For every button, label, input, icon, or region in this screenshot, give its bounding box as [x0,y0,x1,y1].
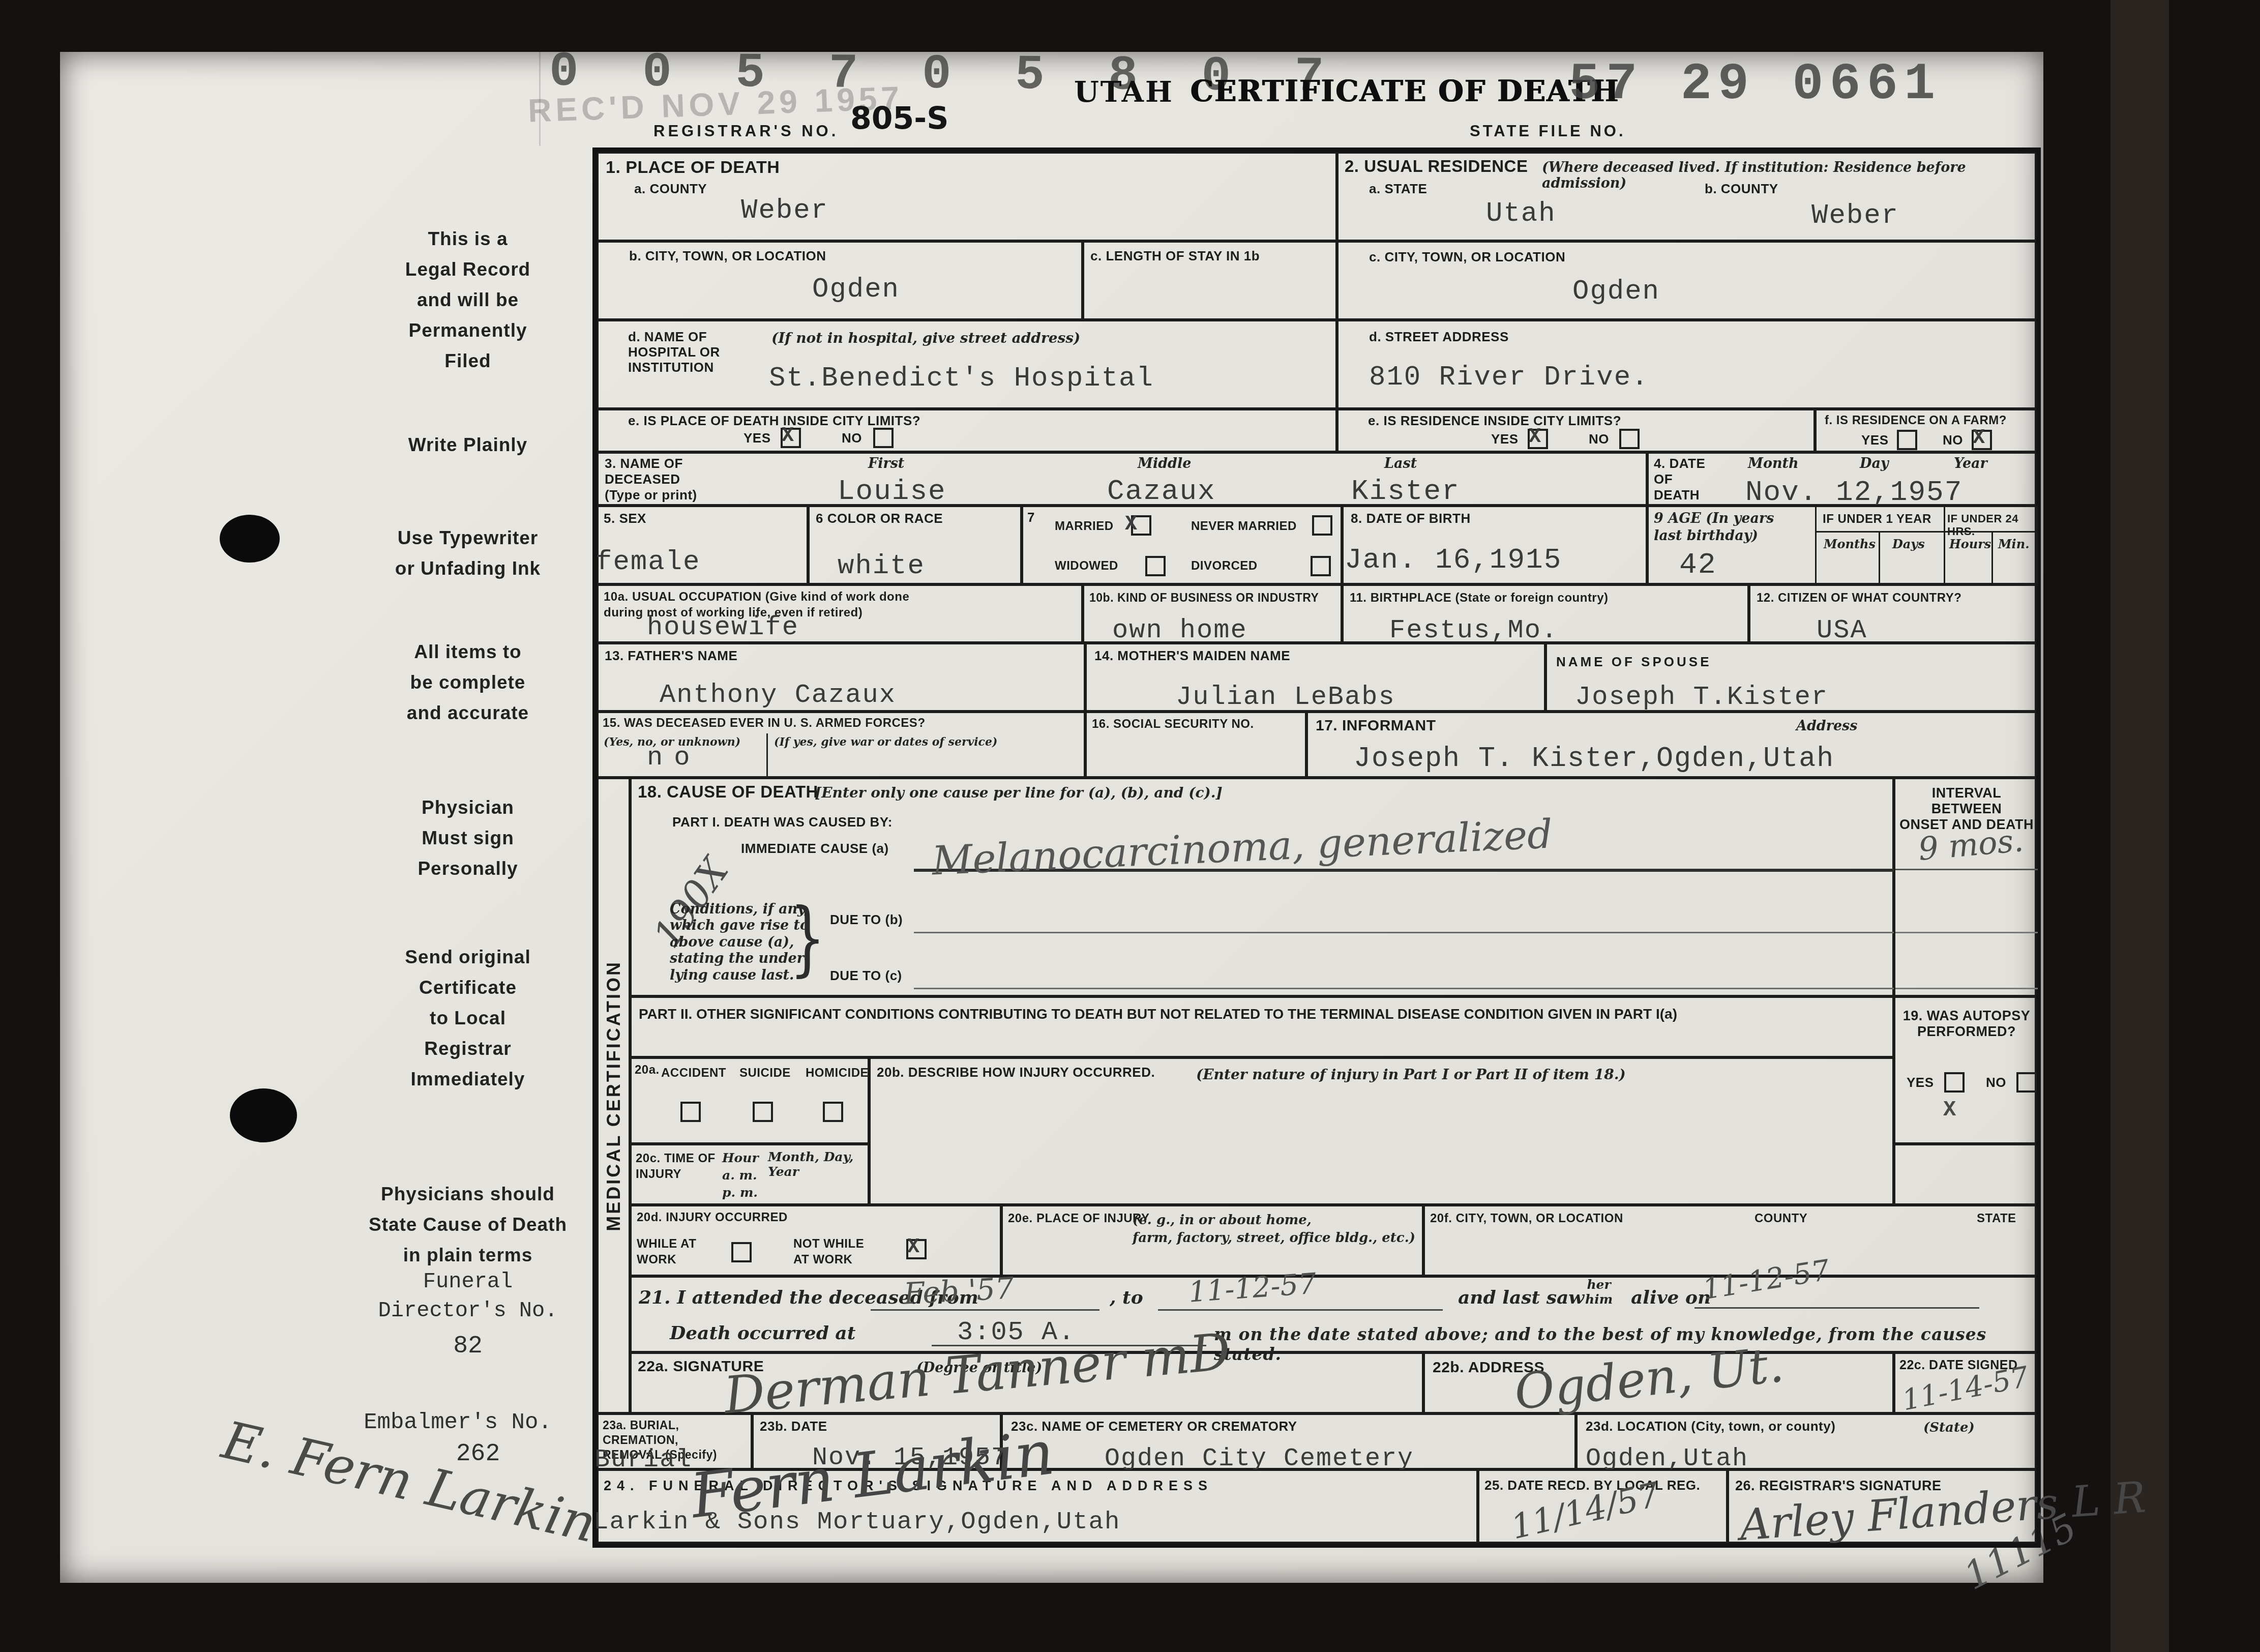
last-saw-label: and last saw [1458,1287,1584,1308]
ssn-label: 16. SOCIAL SECURITY NO. [1092,717,1254,731]
last-name-label: Last [1384,456,1417,471]
accident-label: ACCIDENT [661,1066,726,1080]
cemetery-label: 23c. NAME OF CEMETERY OR CREMATORY [1011,1419,1297,1434]
margin-note-send-original: Send original Certificate to Local Regis… [336,942,600,1095]
informant-label: 17. INFORMANT [1316,717,1436,735]
medical-certification-label: MEDICAL CERTIFICATION [603,960,624,1231]
scan-edge-strip [2110,0,2169,1652]
days-label: Days [1892,537,1925,551]
residence-farm-label: f. IS RESIDENCE ON A FARM? [1825,414,2007,428]
while-at-work-label: WHILE AT WORK [637,1236,696,1267]
field-injury-occurred: 20d. INJURY OCCURRED WHILE AT WORK NOT W… [630,1205,1001,1276]
min-label: Min. [1998,537,2030,551]
first-name-label: First [868,456,904,471]
registrar-no-label: REGISTRAR'S NO. [653,122,839,140]
attended-to-label: , to [1110,1287,1143,1308]
form-title-state: UTAH [1074,75,1174,109]
homicide-checkbox [823,1102,843,1122]
informant-value: Joseph T. Kister,Ogden,Utah [1354,743,1834,775]
no-check-mark: X [1973,427,1985,450]
interval-line-a [1895,869,2038,870]
no-checkbox [1619,429,1640,449]
yes-label: YES [1491,432,1519,447]
fathers-name-label: 13. FATHER'S NAME [605,648,737,664]
field-residence-on-farm: f. IS RESIDENCE ON A FARM? YES NO X [1815,409,2036,452]
field-fathers-name: 13. FATHER'S NAME Anthony Cazaux [597,643,1085,712]
yes-label: YES [1907,1075,1934,1090]
hours-label: Hours [1949,537,1991,551]
usual-residence-title: 2. USUAL RESIDENCE [1345,157,1528,176]
suicide-label: SUICIDE [739,1066,791,1080]
cause-of-death-note: [Enter only one cause per line for (a), … [815,784,1223,801]
state-file-label: STATE FILE NO. [1470,122,1626,140]
field-accident-suicide-homicide: 20a. ACCIDENT SUICIDE HOMICIDE [630,1057,869,1144]
certificate-form: 1. PLACE OF DEATH a. COUNTY Weber 2. USU… [592,147,2041,1548]
residence-state-label: a. STATE [1369,182,1427,197]
fathers-name-value: Anthony Cazaux [660,680,896,710]
injury-occurred-label: 20d. INJURY OCCURRED [637,1211,788,1225]
not-while-mark: X [907,1236,919,1259]
while-at-work-checkbox [731,1242,752,1262]
margin-note-legal-record: This is a Legal Record and will be Perma… [336,224,600,376]
margin-note-all-items: All items to be complete and accurate [336,637,600,728]
length-of-stay-label: c. LENGTH OF STAY IN 1b [1090,249,1260,264]
cause-line-b [914,932,1895,933]
no-checkbox [873,428,894,448]
field-place-of-injury: 20e. PLACE OF INJURY (e. g., in or about… [1001,1205,1423,1276]
field-death-city: b. CITY, TOWN, OR LOCATION Ogden [597,241,1083,320]
interval-line-c [1895,988,2038,989]
armed-forces-note2: (If yes, give war or dates of service) [774,735,997,749]
due-to-c-label: DUE TO (c) [830,968,902,984]
cause-line-c [914,988,1895,989]
injury-city-label: 20f. CITY, TOWN, OR LOCATION [1430,1212,1623,1226]
residence-city-limits-label: e. IS RESIDENCE INSIDE CITY LIMITS? [1368,414,1621,429]
county-value: Weber [741,195,828,226]
place-of-death-title: 1. PLACE OF DEATH [606,158,780,178]
field-date-received: 25. DATE RECD. BY LOCAL REG. 11/14/57 [1478,1469,1728,1543]
homicide-label: HOMICIDE [806,1066,869,1080]
punch-hole-top [220,515,280,563]
margin-note-use-typewriter: Use Typewriter or Unfading Ink [325,523,610,584]
yes-label: YES [744,431,771,446]
business-label: 10b. KIND OF BUSINESS OR INDUSTRY [1089,591,1319,604]
death-city-limits-label: e. IS PLACE OF DEATH INSIDE CITY LIMITS? [628,414,920,429]
from-underline [871,1309,1099,1311]
never-married-label: NEVER MARRIED [1191,519,1297,534]
field-autopsy: 19. WAS AUTOPSY PERFORMED? YES NO X [1894,996,2036,1144]
age-months-cell: Months [1815,531,1880,586]
accident-checkbox [680,1102,701,1122]
field-hospital-name: d. NAME OF HOSPITAL OR INSTITUTION (If n… [597,320,1337,409]
occupation-value: housewife [647,612,799,642]
field-physician-signature: 22a. SIGNATURE (Degree or title) Derman … [630,1352,1423,1413]
field-part2-conditions: PART II. OTHER SIGNIFICANT CONDITIONS CO… [630,996,1894,1057]
months-label: Months [1824,537,1876,551]
yes-check-mark: X [782,425,794,448]
not-while-at-work-label: NOT WHILE AT WORK [793,1236,864,1267]
mothers-name-value: Julian LeBabs [1176,682,1395,712]
field-place-of-death-county: 1. PLACE OF DEATH a. COUNTY Weber [597,152,1337,241]
married-check-mark: X [1125,513,1137,536]
divorced-checkbox [1311,556,1331,576]
punch-hole-bottom [230,1088,297,1142]
burial-location-label: 23d. LOCATION (City, town, or county) [1586,1419,1835,1434]
street-address-value: 810 River Drive. [1369,362,1649,393]
field-describe-injury: 20b. DESCRIBE HOW INJURY OCCURRED. (Ente… [869,1057,1894,1205]
mothers-name-label: 14. MOTHER'S MAIDEN NAME [1094,648,1290,664]
place-of-injury-label: 20e. PLACE OF INJURY [1008,1212,1150,1226]
residence-city-label: c. CITY, TOWN, OR LOCATION [1369,250,1565,265]
burial-location-state-note: (State) [1923,1420,1975,1435]
autopsy-label: 19. WAS AUTOPSY PERFORMED? [1895,1008,2038,1040]
field-date-of-death: 4. DATE OF DEATH Month Day Year Nov. 12,… [1647,452,2036,506]
field-date-of-birth: 8. DATE OF BIRTH Jan. 16,1915 [1342,506,1647,584]
field-residence-city-limits: e. IS RESIDENCE INSIDE CITY LIMITS? YES … [1337,409,1815,452]
field-citizen-of: 12. CITIZEN OF WHAT COUNTRY? USA [1749,584,2036,643]
funeral-director-no-label: Funeral Director's No. [325,1267,610,1325]
field-street-address: d. STREET ADDRESS 810 River Drive. [1337,320,2036,409]
no-label: NO [1943,433,1963,448]
embalmer-no-label: Embalmer's No. [315,1410,600,1435]
field-interval-onset-death: INTERVAL BETWEEN ONSET AND DEATH 9 mos. [1894,778,2036,996]
month-day-year-label: Month, Day, Year [768,1149,868,1179]
married-label: MARRIED [1055,519,1114,534]
widowed-checkbox [1145,556,1166,576]
field-kind-of-business: 10b. KIND OF BUSINESS OR INDUSTRY own ho… [1083,584,1342,643]
autopsy-yes-mark: X [1943,1098,1956,1122]
spouse-value: Joseph T.Kister [1575,682,1828,712]
field-birthplace: 11. BIRTHPLACE (State or foreign country… [1342,584,1749,643]
street-address-label: d. STREET ADDRESS [1369,330,1509,345]
hospital-note: (If not in hospital, give street address… [771,330,1080,346]
citizen-label: 12. CITIZEN OF WHAT COUNTRY? [1757,591,1961,605]
no-checkbox [2016,1072,2037,1093]
sex-label: 5. SEX [604,511,646,526]
conditions-note: Conditions, if any, which gave rise to a… [670,901,810,984]
registrar-no-value: 805-S [850,101,948,136]
field-injury-city: 20f. CITY, TOWN, OR LOCATION COUNTY STAT… [1423,1205,2036,1276]
date-of-death-label: 4. DATE OF DEATH [1654,456,1705,504]
yes-checkbox [1897,430,1917,450]
death-city-value: Ogden [812,274,900,305]
field-cemetery-name: 23c. NAME OF CEMETERY OR CREMATORY Ogden… [1001,1413,1576,1469]
field-residence-city: c. CITY, TOWN, OR LOCATION Ogden [1337,241,2036,320]
age-days-cell: Days [1879,531,1945,586]
year-label: Year [1954,456,1987,471]
field-social-security: 16. SOCIAL SECURITY NO. [1085,712,1306,778]
divorced-label: DIVORCED [1191,559,1258,573]
funeral-director-no-value: 82 [325,1333,610,1360]
field-death-city-limits: e. IS PLACE OF DEATH INSIDE CITY LIMITS?… [597,409,1337,452]
under-1yr-label: IF UNDER 1 YEAR [1823,512,1931,526]
conditions-brace: } [789,897,825,979]
field-cause-of-death: 18. CAUSE OF DEATH [Enter only one cause… [630,778,1894,996]
interval-line-b [1895,932,2038,933]
no-label: NO [1986,1075,2006,1090]
immediate-cause-label: IMMEDIATE CAUSE (a) [741,841,889,857]
color-race-value: white [838,551,925,582]
no-label: NO [842,431,862,446]
field-length-of-stay: c. LENGTH OF STAY IN 1b [1083,241,1337,320]
field-registrar-signature: 26. REGISTRAR'S SIGNATURE Arley Flanders… [1728,1469,2036,1543]
alive-on-label: alive on [1631,1287,1711,1308]
yes-checkbox [1944,1072,1965,1093]
hospital-value: St.Benedict's Hospital [769,363,1154,394]
field-date-signed: 22c. DATE SIGNED 11-14-57 [1894,1352,2036,1413]
residence-city-value: Ogden [1572,276,1660,307]
informant-address-label: Address [1796,718,1858,734]
field-mothers-maiden-name: 14. MOTHER'S MAIDEN NAME Julian LeBabs [1085,643,1545,712]
citizen-value: USA [1817,615,1867,645]
last-name-value: Kister [1351,475,1460,508]
part2-label: PART II. OTHER SIGNIFICANT CONDITIONS CO… [639,1006,1885,1022]
margin-note-write-plainly: Write Plainly [336,430,600,460]
field-color-or-race: 6 COLOR OR RACE white [808,506,1022,584]
field-physician-address: 22b. ADDRESS Ogden, Ut. [1423,1352,1894,1413]
if-under-1-year-header: IF UNDER 1 YEAR [1815,506,1945,533]
hour-label: Hour a. m. p. m. [722,1149,759,1201]
day-label: Day [1860,456,1889,471]
field-usual-residence-state-county: 2. USUAL RESIDENCE (Where deceased lived… [1337,152,2036,241]
county-label: a. COUNTY [634,182,707,197]
age-min-cell: Min. [1991,531,2038,586]
scanned-death-certificate: { "header": { "serial_stamp": "0 0 5 7 0… [0,0,2260,1652]
form-title-main: CERTIFICATE OF DEATH [1190,74,1619,108]
field-time-of-injury: 20c. TIME OF INJURY Hour a. m. p. m. Mon… [630,1144,869,1205]
residence-county-value: Weber [1811,200,1899,231]
field-armed-forces: 15. WAS DECEASED EVER IN U. S. ARMED FOR… [597,712,1085,778]
place-of-injury-note: (e. g., in or about home, farm, factory,… [1133,1212,1415,1247]
time-injury-label: 20c. TIME OF INJURY [636,1150,716,1182]
yes-label: YES [1861,433,1889,448]
age-value: 42 [1679,549,1717,582]
due-to-b-label: DUE TO (b) [830,912,903,928]
attended-from-value: Feb '57 [903,1271,1015,1311]
usual-residence-note: (Where deceased lived. If institution: R… [1542,160,2035,191]
injury-state-label: STATE [1977,1212,2016,1226]
month-label: Month [1748,456,1799,471]
field-funeral-director: 24. FUNERAL DIRECTOR'S SIGNATURE AND ADD… [597,1469,1478,1543]
middle-name-label: Middle [1138,456,1191,471]
injury-county-label: COUNTY [1755,1212,1807,1226]
to-underline [1158,1309,1443,1311]
death-occurred-label: Death occurred at [670,1322,855,1344]
margin-note-plain-terms: Physicians should State Cause of Death i… [300,1179,636,1271]
field-age: 9 AGE (In years last birthday) 42 IF UND… [1647,506,2036,584]
date-of-death-value: Nov. 12,1957 [1745,476,1962,509]
field-attended-statement: 21. I attended the deceased from Feb '57… [630,1276,2036,1352]
widowed-label: WIDOWED [1055,559,1118,573]
describe-injury-label: 20b. DESCRIBE HOW INJURY OCCURRED. [877,1065,1155,1080]
death-city-label: b. CITY, TOWN, OR LOCATION [629,249,826,264]
date-of-birth-value: Jan. 16,1915 [1345,544,1562,576]
yes-check-mark: X [1529,426,1541,449]
field-burial-location: 23d. LOCATION (City, town, or county) (S… [1576,1413,2036,1469]
sex-value: female [596,547,700,578]
age-label: 9 AGE (In years last birthday) [1654,510,1774,545]
birthplace-value: Festus,Mo. [1389,615,1558,645]
alive-underline [1694,1307,1979,1309]
cause-of-death-handwritten: Melanocarcinoma, generalized [931,811,1554,884]
field-marital-status: 7 MARRIED X NEVER MARRIED WIDOWED DIVORC… [1022,506,1342,584]
empty-cell-below-autopsy [1894,1144,2036,1205]
armed-forces-label: 15. WAS DECEASED EVER IN U. S. ARMED FOR… [603,716,926,730]
cause-of-death-title: 18. CAUSE OF DEATH [638,782,818,802]
him-label: him [1585,1292,1613,1307]
business-value: own home [1112,615,1247,645]
her-label: her [1585,1278,1613,1292]
state-file-number-stamp: 57 29 0661 [1569,55,1941,114]
if-under-24hrs-header: IF UNDER 24 HRS. [1944,506,2038,533]
armed-forces-divider [766,733,768,778]
no-label: NO [1589,432,1609,447]
spouse-label: NAME OF SPOUSE [1556,655,1711,670]
field-name-of-spouse: NAME OF SPOUSE Joseph T.Kister [1545,643,2036,712]
hospital-label: d. NAME OF HOSPITAL OR INSTITUTION [628,330,720,375]
her-him-label: her him [1585,1278,1613,1307]
medical-certification-strip: MEDICAL CERTIFICATION [597,778,630,1413]
marital-number: 7 [1027,510,1035,525]
residence-state-value: Utah [1486,198,1556,229]
field-20a-number: 20a. [635,1063,660,1077]
color-race-label: 6 COLOR OR RACE [816,511,943,526]
residence-county-label: b. COUNTY [1705,182,1778,197]
field-usual-occupation: 10a. USUAL OCCUPATION (Give kind of work… [597,584,1083,643]
birthplace-label: 11. BIRTHPLACE (State or foreign country… [1350,591,1609,605]
age-hours-cell: Hours [1944,531,1993,586]
first-name-value: Louise [838,475,946,508]
armed-forces-value: no [647,743,701,773]
middle-name-value: Cazaux [1107,475,1216,508]
date-of-birth-label: 8. DATE OF BIRTH [1351,511,1471,526]
margin-note-physician-sign: Physician Must sign Personally [336,792,600,884]
part1-label: PART I. DEATH WAS CAUSED BY: [672,815,893,830]
suicide-checkbox [753,1102,773,1122]
never-married-checkbox [1312,515,1332,536]
field-informant: 17. INFORMANT Address Joseph T. Kister,O… [1306,712,2036,778]
describe-injury-note: (Enter nature of injury in Part I or Par… [1196,1066,1626,1083]
field-sex: 5. SEX female [597,506,808,584]
name-deceased-label: 3. NAME OF DECEASED (Type or print) [605,456,697,504]
field-name-of-deceased: 3. NAME OF DECEASED (Type or print) Firs… [597,452,1647,506]
